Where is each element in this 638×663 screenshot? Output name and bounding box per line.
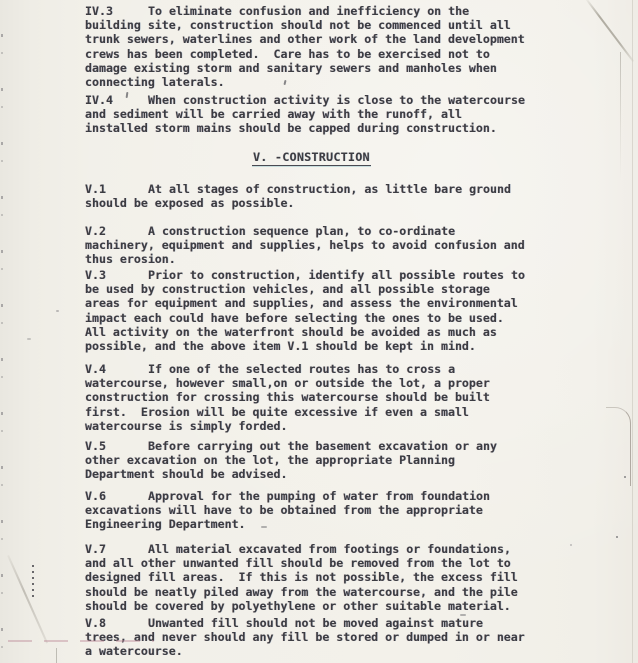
clause-text-line: damage existing storm and sanitary sewer… [85, 61, 555, 75]
clause-text-line: should be neatly piled away from the wat… [85, 585, 555, 599]
clause-text-line: trunk sewers, waterlines and other work … [85, 32, 555, 46]
clause-number: V.4 [85, 362, 148, 376]
clause-text-line: should be covered by polyethylene or oth… [85, 599, 555, 613]
clause-text-line: V.3Prior to construction, identify all p… [85, 268, 555, 282]
clause-text: connecting laterals. [85, 75, 225, 89]
section-heading: V. -CONSTRUCTION [252, 150, 371, 164]
clause-number: V.7 [85, 542, 148, 556]
clause-text-line: trees, and never should any fill be stor… [85, 630, 555, 644]
clause-v5: V.5Before carrying out the basement exca… [85, 439, 555, 482]
ink-speck [570, 544, 572, 546]
clause-text: be used by construction vehicles, and al… [85, 282, 490, 296]
clause-text: first. Erosion will be quite excessive i… [85, 405, 469, 419]
clause-text: and sediment will be carried away with t… [85, 107, 462, 121]
clause-text: installed storm mains should be capped d… [85, 121, 497, 135]
clause-text-line: impact each could have before selecting … [85, 311, 555, 325]
clause-text-line: Engineering Department. [85, 517, 555, 531]
ink-speck [616, 536, 618, 538]
clause-iv4: IV.4When construction activity is close … [85, 93, 555, 136]
clause-text-line: be used by construction vehicles, and al… [85, 282, 555, 296]
clause-iv3: IV.3To eliminate confusion and inefficie… [85, 4, 555, 89]
clause-text-line: Department should be advised. [85, 467, 555, 481]
clause-text: should be exposed as possible. [85, 196, 294, 210]
clause-text: At all stages of construction, as little… [148, 182, 511, 196]
clause-text: Approval for the pumping of water from f… [148, 489, 490, 503]
clause-text-line: V.5Before carrying out the basement exca… [85, 439, 555, 453]
clause-text: thus erosion. [85, 252, 176, 266]
clause-text: should be covered by polyethylene or oth… [85, 599, 511, 613]
clause-number: IV.4 [85, 93, 148, 107]
clause-text: impact each could have before selecting … [85, 311, 504, 325]
clause-number: V.1 [85, 182, 148, 196]
top-right-crease-mark [584, 0, 634, 62]
clause-text-line: IV.3To eliminate confusion and inefficie… [85, 4, 555, 18]
clause-text: trees, and never should any fill be stor… [85, 630, 525, 644]
right-crease-line [620, 52, 621, 180]
dotted-vertical-mark [32, 565, 34, 597]
clause-text-line: first. Erosion will be quite excessive i… [85, 405, 555, 419]
clause-text-line: machinery, equipment and supplies, helps… [85, 238, 555, 252]
bottom-left-crease-mark [7, 555, 48, 644]
clause-text: designed fill areas. If this is not poss… [85, 570, 518, 584]
clause-v2: V.2A construction sequence plan, to co-o… [85, 224, 555, 267]
clause-text: and all other unwanted fill should be re… [85, 556, 511, 570]
clause-text: Engineering Department. [85, 517, 246, 531]
clause-text-line: crews has been completed. Care has to be… [85, 47, 555, 61]
clause-number: V.6 [85, 489, 148, 503]
clause-text-line: thus erosion. [85, 252, 555, 266]
bottom-margin-line [56, 648, 57, 663]
ink-speck [27, 338, 31, 340]
clause-text-line: V.2A construction sequence plan, to co-o… [85, 224, 555, 238]
clause-v6: V.6Approval for the pumping of water fro… [85, 489, 555, 532]
clause-text-line: a watercourse. [85, 644, 555, 658]
clause-text: Prior to construction, identify all poss… [148, 268, 525, 282]
clause-text-line: V.7All material excavated from footings … [85, 542, 555, 556]
clause-text-line: possible, and the above item V.1 should … [85, 339, 555, 353]
clause-text: other excavation on the lot, the appropr… [85, 453, 455, 467]
clause-text-line: V.1At all stages of construction, as lit… [85, 182, 555, 196]
clause-text-line: watercourse is simply forded. [85, 419, 555, 433]
clause-text-line: installed storm mains should be capped d… [85, 121, 555, 135]
clause-text: crews has been completed. Care has to be… [85, 47, 490, 61]
clause-text-line: connecting laterals. [85, 75, 555, 89]
clause-text: machinery, equipment and supplies, helps… [85, 238, 525, 252]
clause-text: should be neatly piled away from the wat… [85, 585, 518, 599]
clause-text: excavations will have to be obtained fro… [85, 503, 483, 517]
clause-v7: V.7All material excavated from footings … [85, 542, 555, 613]
clause-v8: V.8Unwanted fill should not be moved aga… [85, 616, 555, 659]
clause-text: Department should be advised. [85, 467, 287, 481]
scanned-document-page: IV.3To eliminate confusion and inefficie… [0, 0, 638, 663]
clause-text: trunk sewers, waterlines and other work … [85, 32, 525, 46]
clause-text-line: designed fill areas. If this is not poss… [85, 570, 555, 584]
hair-scratch-mark [606, 407, 631, 486]
section-heading-text: V. -CONSTRUCTION [252, 150, 371, 166]
clause-number: IV.3 [85, 4, 148, 18]
clause-text: A construction sequence plan, to co-ordi… [148, 224, 455, 238]
clause-text-line: areas for equipment and supplies, and as… [85, 296, 555, 310]
clause-text: All activity on the waterfront should be… [85, 325, 497, 339]
right-paper-edge-line [632, 0, 633, 663]
clause-text-line: and sediment will be carried away with t… [85, 107, 555, 121]
clause-text: watercourse is simply forded. [85, 419, 287, 433]
clause-text-line: should be exposed as possible. [85, 196, 555, 210]
clause-text-line: excavations will have to be obtained fro… [85, 503, 555, 517]
clause-text-line: IV.4When construction activity is close … [85, 93, 555, 107]
clause-text-line: All activity on the waterfront should be… [85, 325, 555, 339]
clause-text: When construction activity is close to t… [148, 93, 525, 107]
clause-text: possible, and the above item V.1 should … [85, 339, 476, 353]
ink-speck [624, 476, 626, 478]
clause-text: All material excavated from footings or … [148, 542, 511, 556]
clause-v3: V.3Prior to construction, identify all p… [85, 268, 555, 353]
clause-text: To eliminate confusion and inefficiency … [148, 4, 469, 18]
clause-text-line: watercourse, however small,on or outside… [85, 376, 555, 390]
clause-number: V.3 [85, 268, 148, 282]
clause-text-line: and all other unwanted fill should be re… [85, 556, 555, 570]
left-edge-scan-specks [1, 0, 3, 663]
clause-text: Unwanted fill should not be moved agains… [148, 616, 483, 630]
clause-v4: V.4If one of the selected routes has to … [85, 362, 555, 433]
clause-number: V.8 [85, 616, 148, 630]
clause-text: Before carrying out the basement excavat… [148, 439, 497, 453]
clause-number: V.2 [85, 224, 148, 238]
clause-text: building site, construction should not b… [85, 18, 511, 32]
clause-text-line: V.6Approval for the pumping of water fro… [85, 489, 555, 503]
clause-number: V.5 [85, 439, 148, 453]
clause-text-line: V.4If one of the selected routes has to … [85, 362, 555, 376]
clause-text: a watercourse. [85, 644, 183, 658]
clause-text: If one of the selected routes has to cro… [148, 362, 455, 376]
clause-text-line: building site, construction should not b… [85, 18, 555, 32]
clause-text: watercourse, however small,on or outside… [85, 376, 490, 390]
clause-text-line: other excavation on the lot, the appropr… [85, 453, 555, 467]
clause-text-line: V.8Unwanted fill should not be moved aga… [85, 616, 555, 630]
ink-speck [56, 310, 59, 312]
clause-text: damage existing storm and sanitary sewer… [85, 61, 497, 75]
clause-v1: V.1At all stages of construction, as lit… [85, 182, 555, 210]
clause-text-line: construction for crossing this watercour… [85, 390, 555, 404]
clause-text: construction for crossing this watercour… [85, 390, 490, 404]
clause-text: areas for equipment and supplies, and as… [85, 296, 518, 310]
